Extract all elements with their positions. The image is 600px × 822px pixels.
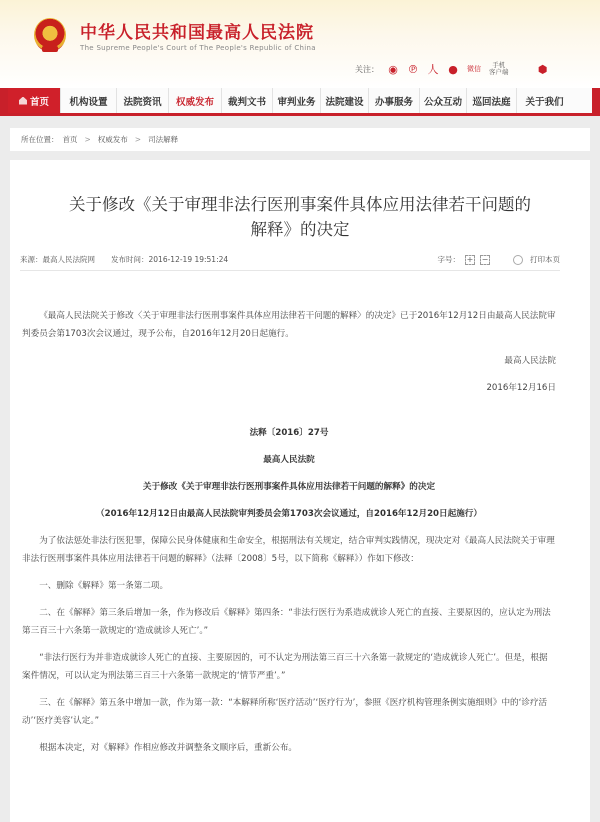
site-subtitle: The Supreme People's Court of The People…	[80, 44, 316, 52]
nav-item-organization[interactable]: 机构设置	[61, 88, 117, 113]
national-emblem-logo[interactable]	[34, 18, 66, 52]
nav-item-home[interactable]: 首页	[8, 88, 61, 113]
breadcrumb-authoritative-release[interactable]: 权威发布	[98, 134, 128, 145]
tencent-weibo-icon[interactable]: ℗	[407, 63, 419, 75]
follow-bar: 关注： ◉ ℗ 人 ● 微信 手机 客户端 ⬢	[355, 59, 549, 79]
article-tools: 字号： + − 打印本页	[438, 254, 561, 265]
body-paragraph: 二、在《解释》第三条后增加一条，作为修改后《解释》第四条：“非法行医行为系造成就…	[22, 604, 556, 640]
body-paragraph: “非法行医行为并非造成就诊人死亡的直接、主要原因的，可不认定为刑法第三百三十六条…	[22, 649, 556, 685]
font-increase-button[interactable]: +	[465, 255, 475, 265]
nav-item-services[interactable]: 办事服务	[369, 88, 420, 113]
nav-item-trial-business[interactable]: 审判业务	[273, 88, 321, 113]
weixin-label[interactable]: 微信	[467, 64, 481, 74]
body-paragraph: 一、删除《解释》第一条第二项。	[22, 577, 556, 595]
breadcrumb-home[interactable]: 首页	[63, 134, 78, 145]
renren-icon[interactable]: 人	[427, 63, 439, 75]
print-button[interactable]: 打印本页	[530, 254, 560, 265]
breadcrumb-separator: >	[135, 135, 141, 144]
home-icon	[19, 97, 27, 105]
follow-label: 关注：	[355, 64, 379, 75]
weibo-icon[interactable]: ◉	[387, 63, 399, 75]
article: 关于修改《关于审理非法行医刑事案件具体应用法律若干问题的 解释》的决定 来源：最…	[10, 160, 590, 822]
breadcrumb-prefix: 所在位置：	[21, 134, 59, 145]
site-header: 中华人民共和国最高人民法院 The Supreme People's Court…	[0, 0, 600, 88]
signature: 最高人民法院	[22, 352, 556, 370]
breadcrumb-judicial-interpretation[interactable]: 司法解释	[148, 134, 178, 145]
body-paragraph: 为了依法惩处非法行医犯罪，保障公民身体健康和生命安全，根据刑法有关规定，结合审判…	[22, 532, 556, 568]
breadcrumb: 所在位置： 首页 > 权威发布 > 司法解释	[10, 128, 590, 151]
article-source: 来源：最高人民法院网	[20, 254, 95, 265]
nav-item-authoritative-release[interactable]: 权威发布	[169, 88, 222, 113]
nav-item-public-interaction[interactable]: 公众互动	[420, 88, 467, 113]
document-adopted-note: （2016年12月12日由最高人民法院审判委员会第1703次会议通过，自2016…	[22, 505, 556, 523]
android-icon[interactable]: ⬢	[537, 63, 549, 75]
body-paragraph: 根据本决定，对《解释》作相应修改并调整条文顺序后，重新公布。	[22, 739, 556, 757]
signature-date: 2016年12月16日	[22, 379, 556, 397]
body-paragraph: 三、在《解释》第五条中增加一款，作为第一款：“本解释所称‘医疗活动’‘医疗行为’…	[22, 694, 556, 730]
font-size-label: 字号：	[438, 254, 461, 265]
nav-item-about-us[interactable]: 关于我们	[517, 88, 572, 113]
nav-item-court-construction[interactable]: 法院建设	[321, 88, 369, 113]
article-body: 《最高人民法院关于修改〈关于审理非法行医刑事案件具体应用法律若干问题的解释〉的决…	[22, 285, 556, 766]
site-title[interactable]: 中华人民共和国最高人民法院	[80, 18, 314, 43]
article-meta: 来源：最高人民法院网 发布时间：2016-12-19 19:51:24 字号： …	[20, 253, 560, 271]
main-nav: 首页 机构设置 法院资讯 权威发布 裁判文书 审判业务 法院建设 办事服务 公众…	[8, 88, 592, 116]
print-icon[interactable]	[513, 255, 523, 265]
document-title: 关于修改《关于审理非法行医刑事案件具体应用法律若干问题的解释》的决定	[22, 478, 556, 496]
mobile-label-2: 客户端	[489, 68, 509, 76]
article-title: 关于修改《关于审理非法行医刑事案件具体应用法律若干问题的 解释》的决定	[10, 192, 590, 242]
document-issuer: 最高人民法院	[22, 451, 556, 469]
font-decrease-button[interactable]: −	[480, 255, 490, 265]
wechat-icon[interactable]: ●	[447, 63, 459, 75]
apple-icon[interactable]	[517, 63, 529, 75]
intro-paragraph: 《最高人民法院关于修改〈关于审理非法行医刑事案件具体应用法律若干问题的解释〉的决…	[22, 307, 556, 343]
nav-item-judgments[interactable]: 裁判文书	[222, 88, 273, 113]
nav-item-news[interactable]: 法院资讯	[117, 88, 169, 113]
breadcrumb-separator: >	[85, 135, 91, 144]
nav-item-circuit-courts[interactable]: 巡回法庭	[467, 88, 517, 113]
article-publish-time: 发布时间：2016-12-19 19:51:24	[111, 254, 228, 265]
document-number: 法释〔2016〕27号	[22, 424, 556, 442]
mobile-client-link[interactable]: 手机 客户端	[489, 62, 509, 76]
